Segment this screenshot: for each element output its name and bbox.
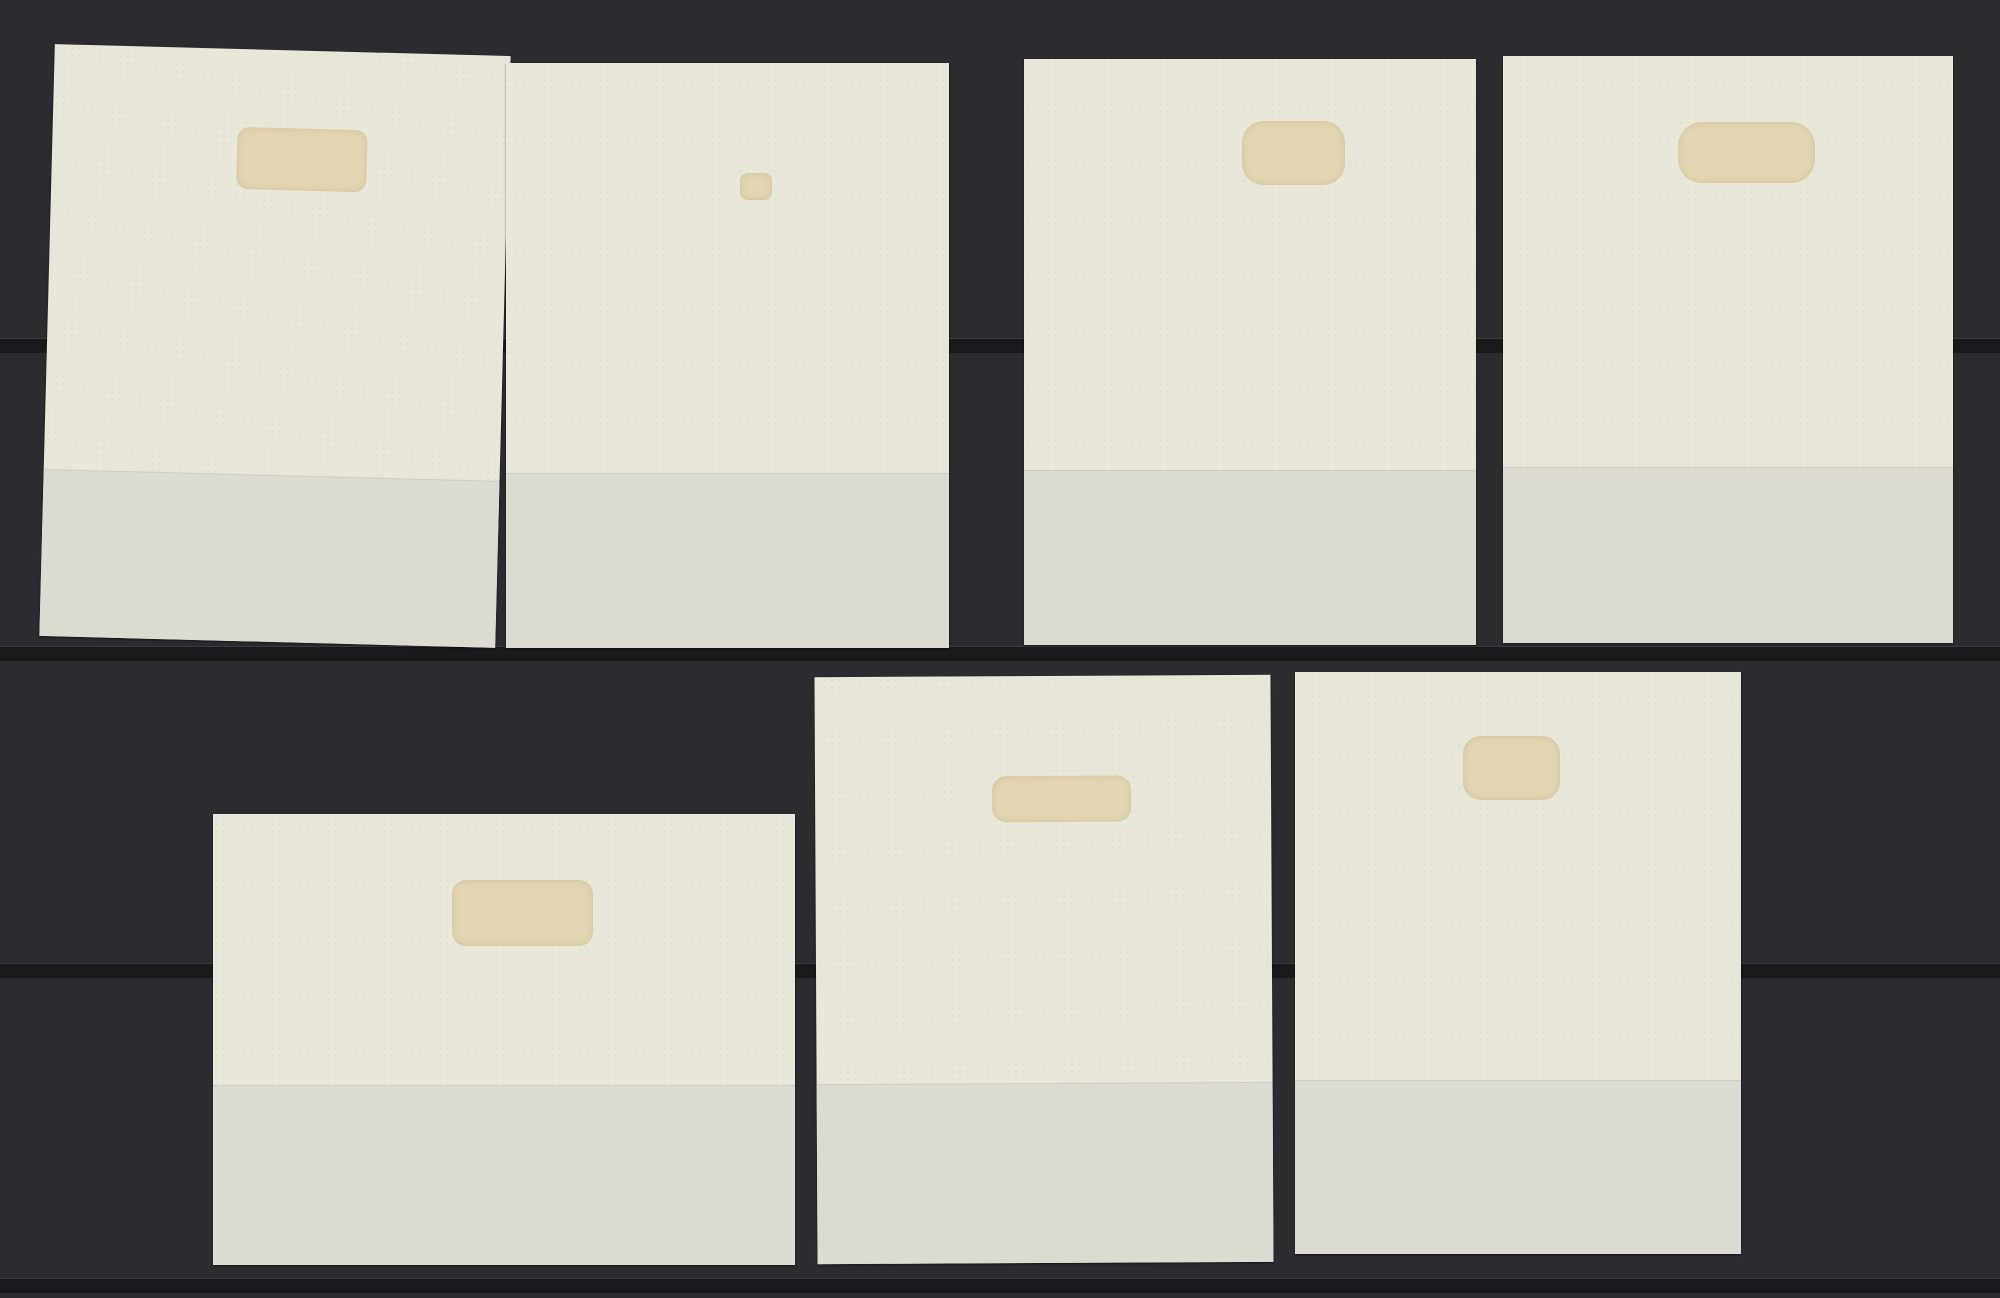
mount-strip-overlay (506, 473, 949, 648)
stamp-back-5[interactable] (213, 814, 795, 1265)
mount-strip-overlay (817, 1082, 1274, 1264)
stamp-back-6[interactable] (814, 675, 1273, 1264)
hinge-remnant (1242, 121, 1345, 185)
stamp-back-4[interactable] (1503, 56, 1953, 643)
hinge-remnant (236, 127, 368, 192)
hinge-remnant (1678, 122, 1815, 183)
stock-strip-band (0, 1278, 2000, 1293)
stamp-back-7[interactable] (1295, 672, 1741, 1254)
mount-strip-overlay (39, 469, 499, 648)
hinge-remnant (740, 173, 772, 200)
hinge-remnant (1463, 736, 1560, 800)
mount-strip-overlay (1295, 1080, 1741, 1254)
hinge-remnant (992, 776, 1131, 823)
mount-strip-overlay (1503, 467, 1953, 643)
stamp-back-3[interactable] (1024, 59, 1476, 645)
stamp-back-1[interactable] (39, 44, 510, 648)
hinge-remnant (452, 880, 593, 946)
mount-strip-overlay (1024, 470, 1476, 645)
mount-strip-overlay (213, 1085, 795, 1265)
stamp-back-2[interactable] (506, 63, 949, 648)
stock-strip-band (0, 646, 2000, 661)
